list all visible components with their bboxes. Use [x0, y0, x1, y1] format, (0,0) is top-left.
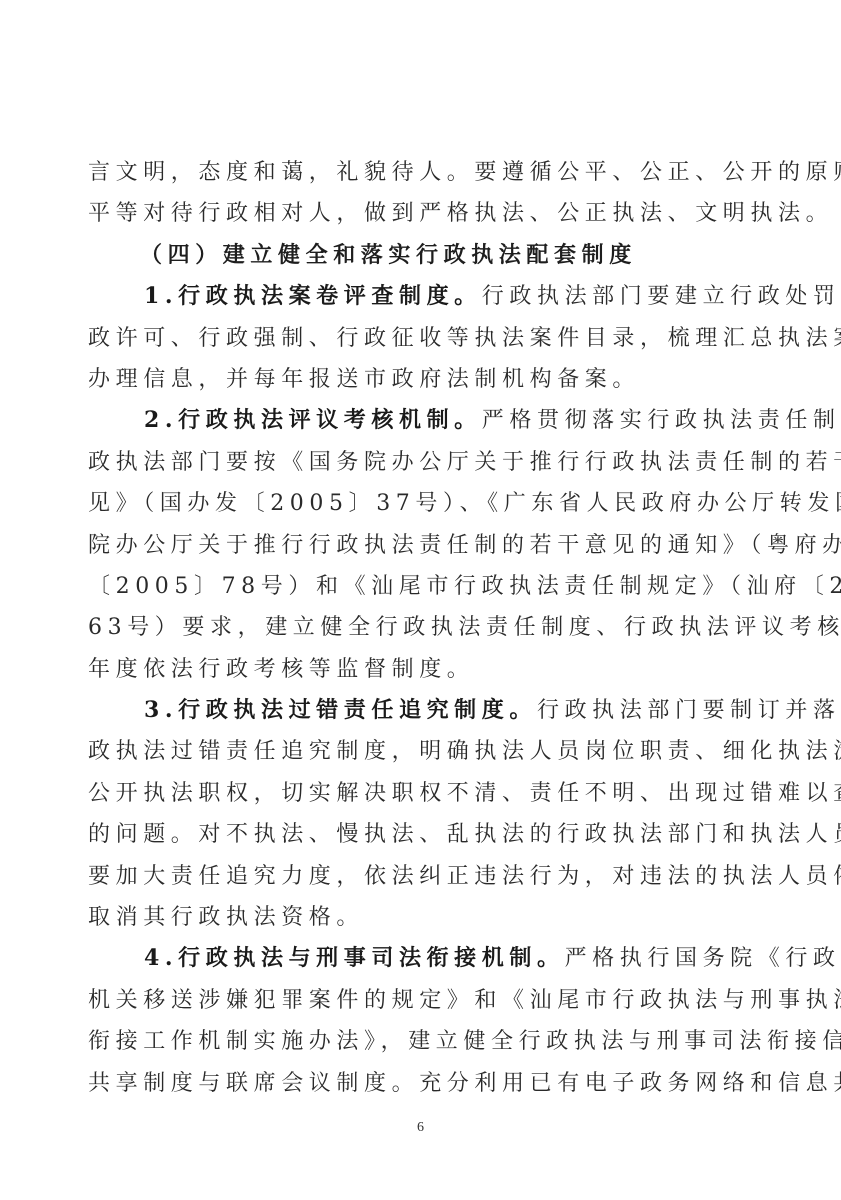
text-line: 公开执法职权，切实解决职权不清、责任不明、出现过错难以查究: [88, 773, 768, 814]
text-line: 政许可、行政强制、行政征收等执法案件目录，梳理汇总执法案件: [88, 318, 768, 359]
paragraph-item-3: 3.行政执法过错责任追究制度。行政执法部门要制订并落实行 政执法过错责任追究制度…: [88, 690, 768, 938]
section-heading: （四）建立健全和落实行政执法配套制度: [88, 235, 768, 276]
text-line: 衔接工作机制实施办法》，建立健全行政执法与刑事司法衔接信息: [88, 1021, 768, 1062]
text-line: 见》（国办发〔2005〕37号）、《广东省人民政府办公厅转发国务: [88, 483, 768, 524]
item-title: 4.行政执法与刑事司法衔接机制。: [144, 945, 565, 971]
text-line: 机关移送涉嫌犯罪案件的规定》和《汕尾市行政执法与刑事执法相: [88, 980, 768, 1021]
text-line: 1.行政执法案卷评查制度。行政执法部门要建立行政处罚、行: [88, 276, 768, 317]
paragraph-item-4: 4.行政执法与刑事司法衔接机制。严格执行国务院《行政执法 机关移送涉嫌犯罪案件的…: [88, 938, 768, 1104]
page-number: 6: [0, 1120, 841, 1136]
item-text: 严格执行国务院《行政执法: [565, 946, 841, 971]
text-line: 2.行政执法评议考核机制。严格贯彻落实行政执法责任制，行: [88, 400, 768, 441]
paragraph-item-2: 2.行政执法评议考核机制。严格贯彻落实行政执法责任制，行 政执法部门要按《国务院…: [88, 400, 768, 690]
document-page: 言文明，态度和蔼，礼貌待人。要遵循公平、公正、公开的原则， 平等对待行政相对人，…: [88, 152, 768, 1104]
item-text: 行政执法部门要制订并落实行: [537, 698, 841, 723]
text-line: 年度依法行政考核等监督制度。: [88, 649, 768, 690]
item-text: 严格贯彻落实行政执法责任制，行: [482, 408, 841, 433]
text-line: 3.行政执法过错责任追究制度。行政执法部门要制订并落实行: [88, 690, 768, 731]
item-title: 2.行政执法评议考核机制。: [144, 407, 482, 433]
item-title: 3.行政执法过错责任追究制度。: [144, 697, 537, 723]
text-line: 平等对待行政相对人，做到严格执法、公正执法、文明执法。: [88, 193, 768, 234]
text-line: 政执法过错责任追究制度，明确执法人员岗位职责、细化执法流程，: [88, 731, 768, 772]
text-line: 63号）要求，建立健全行政执法责任制度、行政执法评议考核制度、: [88, 607, 768, 648]
paragraph-continuation: 言文明，态度和蔼，礼貌待人。要遵循公平、公正、公开的原则， 平等对待行政相对人，…: [88, 152, 768, 235]
text-line: 办理信息，并每年报送市政府法制机构备案。: [88, 359, 768, 400]
text-line: 要加大责任追究力度，依法纠正违法行为，对违法的执法人员依法: [88, 856, 768, 897]
item-text: 行政执法部门要建立行政处罚、行: [482, 284, 841, 309]
text-line: 院办公厅关于推行行政执法责任制的若干意见的通知》（粤府办: [88, 525, 768, 566]
paragraph-item-1: 1.行政执法案卷评查制度。行政执法部门要建立行政处罚、行 政许可、行政强制、行政…: [88, 276, 768, 400]
text-line: 政执法部门要按《国务院办公厅关于推行行政执法责任制的若干意: [88, 442, 768, 483]
item-title: 1.行政执法案卷评查制度。: [144, 283, 482, 309]
text-line: 〔2005〕78号）和《汕尾市行政执法责任制规定》（汕府〔2014〕: [88, 566, 768, 607]
text-line: 取消其行政执法资格。: [88, 897, 768, 938]
text-line: 共享制度与联席会议制度。充分利用已有电子政务网络和信息共享: [88, 1063, 768, 1104]
text-line: 4.行政执法与刑事司法衔接机制。严格执行国务院《行政执法: [88, 938, 768, 979]
text-line: 言文明，态度和蔼，礼貌待人。要遵循公平、公正、公开的原则，: [88, 152, 768, 193]
text-line: 的问题。对不执法、慢执法、乱执法的行政执法部门和执法人员，: [88, 814, 768, 855]
